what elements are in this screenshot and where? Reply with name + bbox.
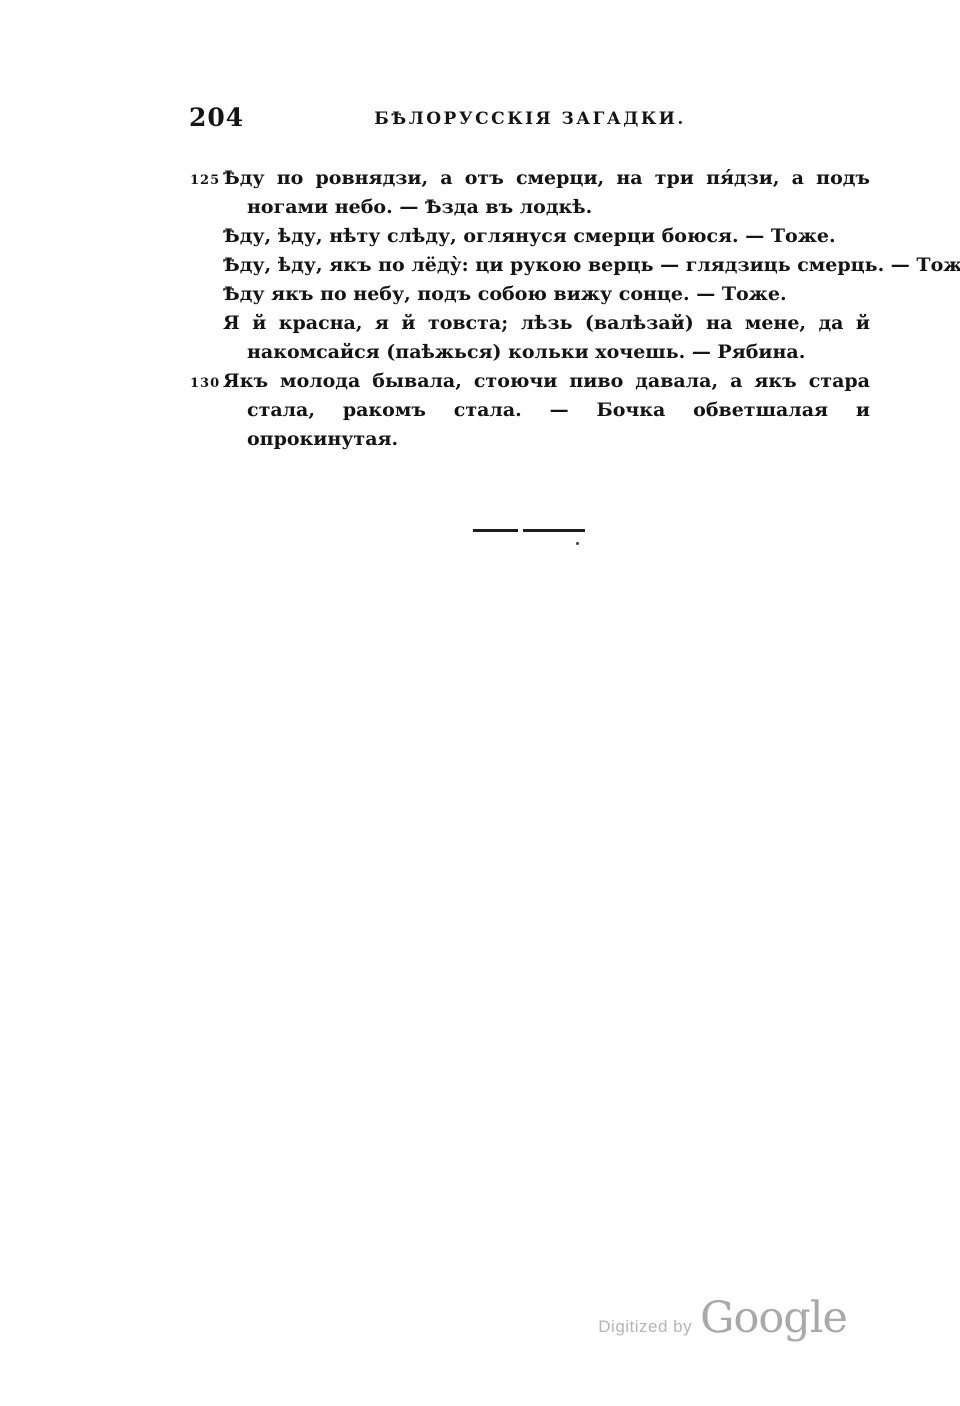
riddle-text: Ѣду, ѣду, нѣту слѣду, оглянуся смерци бо… (223, 225, 836, 247)
riddle-text: Ѣду якъ по небу, подъ собою вижу сонце. … (223, 283, 787, 305)
riddle-entry: Ѣду якъ по небу, подъ собою вижу сонце. … (190, 280, 870, 309)
riddle-text: Ѣду, ѣду, якъ по лёду̀: ци рукою верць —… (223, 254, 960, 276)
watermark-prefix-text: Digitized by (598, 1317, 692, 1337)
divider-segment (473, 529, 518, 532)
running-header: БѢЛОРУССКІЯ ЗАГАДКИ. (190, 109, 870, 129)
section-divider-rule (473, 529, 585, 547)
riddle-number: 125 (190, 166, 220, 195)
google-logo-text: Google (700, 1293, 847, 1343)
digitized-by-google-watermark: Digitized by Google (598, 1293, 847, 1343)
riddle-entry: Ѣду, ѣду, нѣту слѣду, оглянуся смерци бо… (190, 222, 870, 251)
riddle-text: Якъ молода бывала, стоючи пиво давала, а… (223, 370, 870, 450)
riddle-entry: 130Якъ молода бывала, стоючи пиво давала… (190, 367, 870, 454)
riddle-text: Ѣду по ровнядзи, а отъ смерци, на три пя… (223, 167, 870, 218)
riddle-entry: Я й красна, я й товста; лѣзь (валѣзай) н… (190, 309, 870, 367)
scanned-book-page: 204 БѢЛОРУССКІЯ ЗАГАДКИ. 125Ѣду по ровня… (0, 0, 960, 1406)
divider-segment (523, 529, 585, 532)
riddles-text-block: 125Ѣду по ровнядзи, а отъ смерци, на три… (190, 164, 870, 454)
riddle-entry: 125Ѣду по ровнядзи, а отъ смерци, на три… (190, 164, 870, 222)
riddle-entry: Ѣду, ѣду, якъ по лёду̀: ци рукою верць —… (190, 251, 870, 280)
riddle-number: 130 (190, 369, 220, 398)
riddle-text: Я й красна, я й товста; лѣзь (валѣзай) н… (223, 312, 870, 363)
divider-dot (576, 542, 579, 545)
